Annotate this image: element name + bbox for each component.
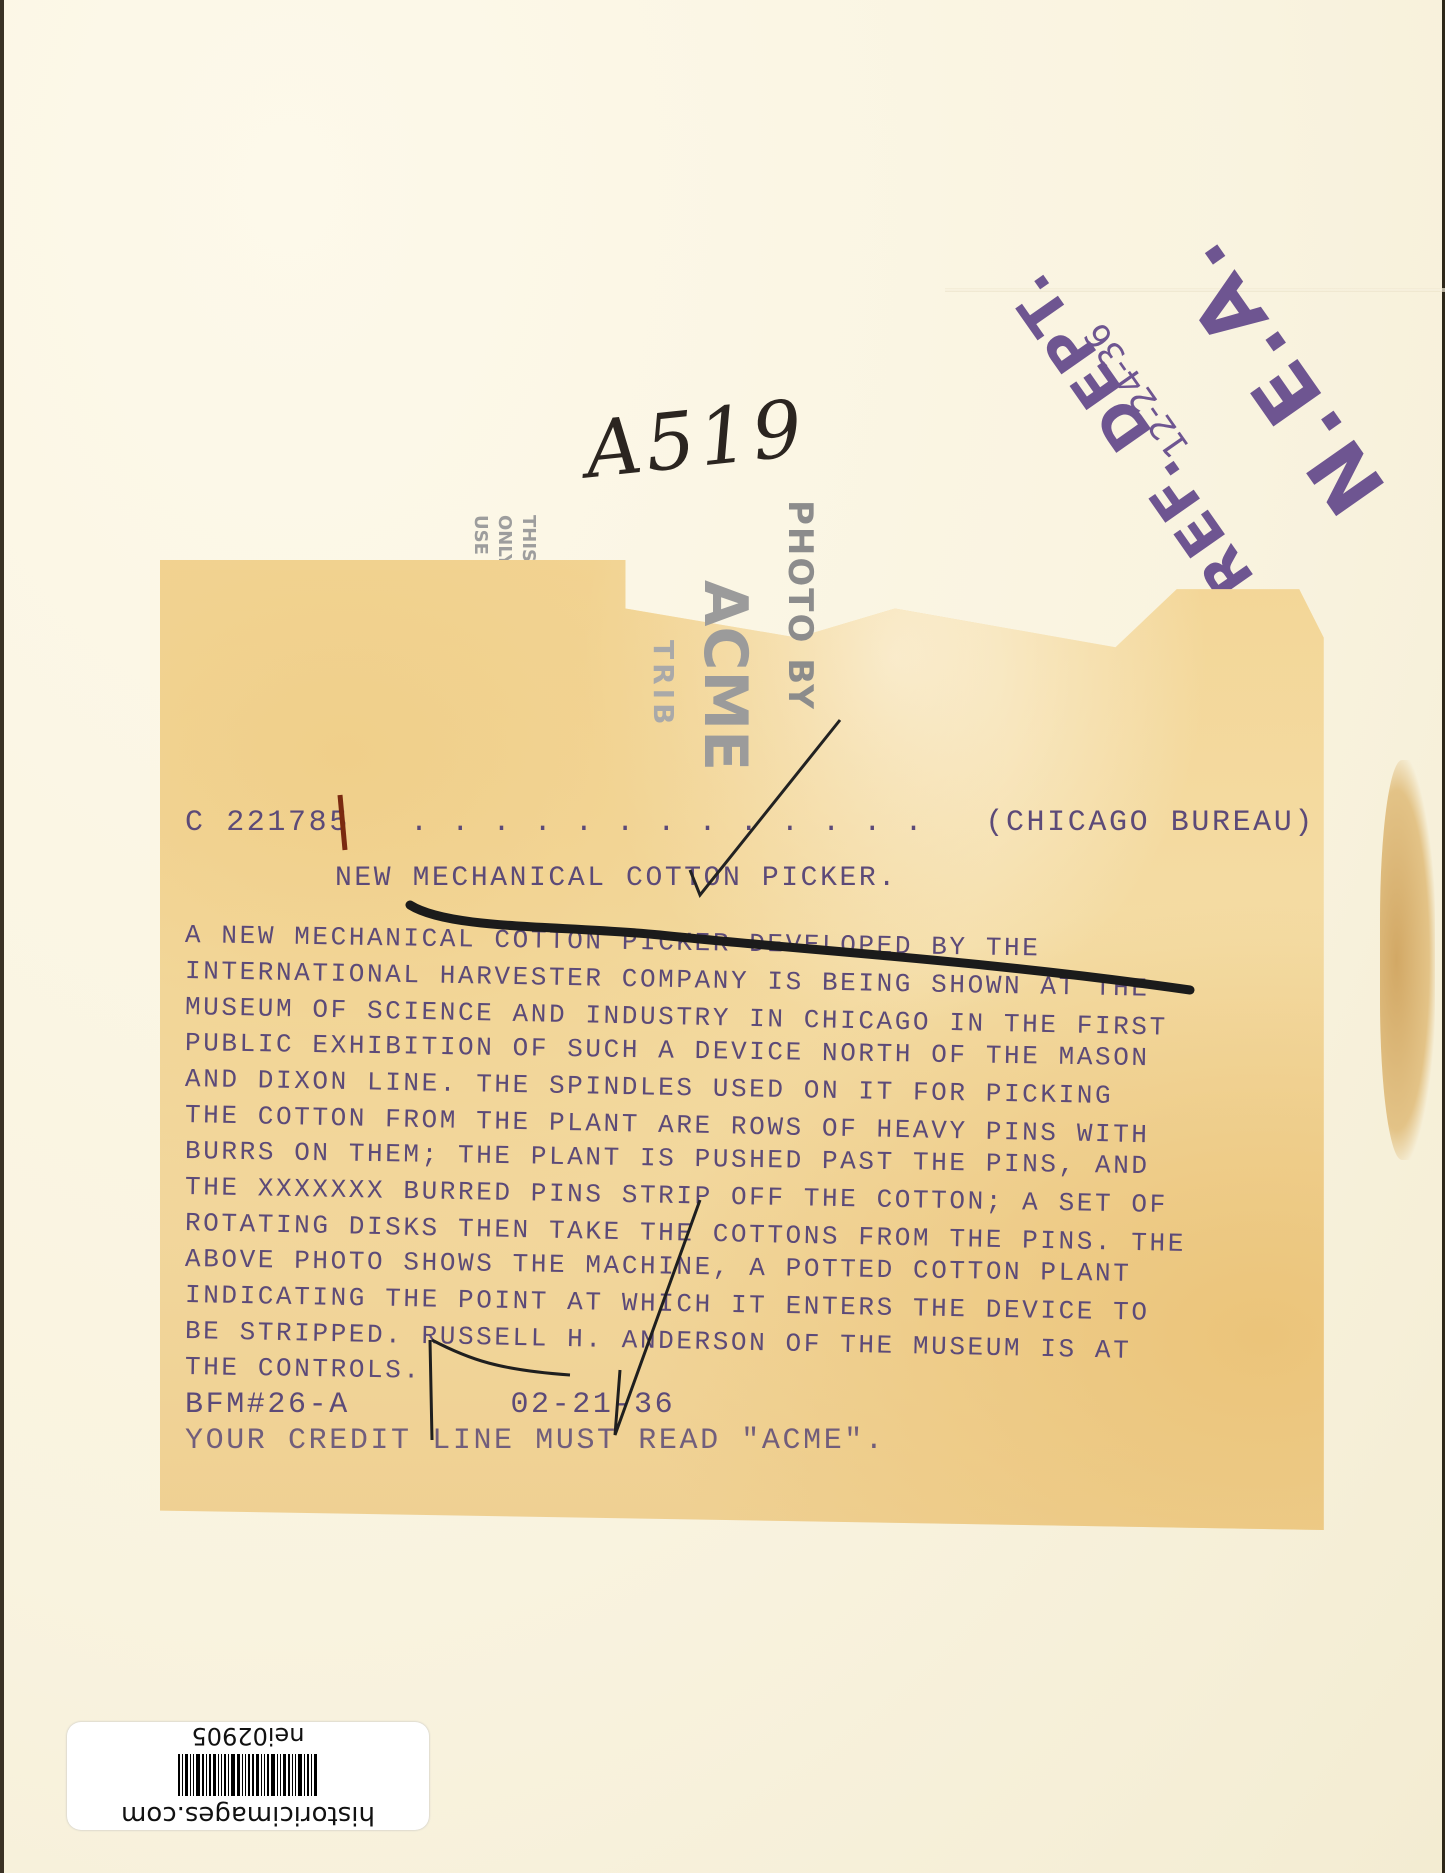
caption-bureau: (CHICAGO BUREAU) xyxy=(985,805,1315,841)
barcode-bar xyxy=(262,1754,263,1796)
usage-stamp-line: ONLY xyxy=(492,515,516,567)
barcode-bar xyxy=(284,1754,287,1796)
barcode-bar xyxy=(293,1754,294,1796)
barcode-bar xyxy=(186,1754,189,1796)
usage-stamp: THIS ONLY USE xyxy=(468,515,540,567)
barcode-bar xyxy=(272,1754,276,1796)
barcode-bar xyxy=(257,1754,260,1796)
barcode-bar xyxy=(281,1754,282,1796)
barcode-bar xyxy=(315,1754,318,1796)
barcode-bar xyxy=(225,1754,227,1796)
barcode-bar xyxy=(249,1754,251,1796)
scan-edge-left xyxy=(0,0,4,1873)
caption-dots: . . . . . . . . . . . . . xyxy=(410,805,925,841)
barcode-bar xyxy=(246,1754,247,1796)
barcode-bar xyxy=(238,1754,241,1796)
caption-reference-number: C 221785 xyxy=(185,805,350,841)
acme-stamp-line2: ACME xyxy=(690,580,760,771)
barcode-bar xyxy=(232,1754,236,1796)
barcode-bar xyxy=(265,1754,266,1796)
caption-headline: NEW MECHANICAL COTTON PICKER. xyxy=(335,861,1315,897)
barcode-bar xyxy=(210,1754,212,1796)
barcode-bar xyxy=(229,1754,230,1796)
barcode xyxy=(179,1754,318,1796)
acme-stamp-line1: PHOTO BY xyxy=(780,500,820,711)
barcode-bar xyxy=(243,1754,244,1796)
caption-code: BFM#26-A xyxy=(185,1388,350,1422)
acme-stamp-line3: TRIB xyxy=(647,640,680,728)
barcode-bar xyxy=(222,1754,223,1796)
barcode-bar xyxy=(299,1754,303,1796)
nea-ref-dept-stamp: N.E.A. 12-24-36 REF. DEPT. xyxy=(1000,180,1400,600)
barcode-bar xyxy=(312,1754,313,1796)
barcode-bar xyxy=(296,1754,297,1796)
barcode-bar xyxy=(197,1754,201,1796)
caption-reference-line: C 221785 . . . . . . . . . . . . . (CHIC… xyxy=(185,805,1315,841)
caption-body: A NEW MECHANICAL COTTON PICKER DEVELOPED… xyxy=(185,917,1315,1385)
barcode-bar xyxy=(194,1754,195,1796)
barcode-bar xyxy=(203,1754,205,1796)
typed-caption: C 221785 . . . . . . . . . . . . . (CHIC… xyxy=(185,805,1315,1459)
barcode-bar xyxy=(207,1754,208,1796)
barcode-bar xyxy=(219,1754,220,1796)
barcode-bar xyxy=(278,1754,279,1796)
barcode-bar xyxy=(214,1754,217,1796)
barcode-bar xyxy=(308,1754,310,1796)
usage-stamp-line: USE xyxy=(468,515,492,567)
archive-barcode-label: historicimages.com nei02905 xyxy=(67,1722,429,1830)
barcode-bar xyxy=(289,1754,291,1796)
caption-date: 02-21-36 xyxy=(510,1388,675,1422)
barcode-bar xyxy=(268,1754,270,1796)
barcode-bar xyxy=(305,1754,306,1796)
caption-credit-line: YOUR CREDIT LINE MUST READ "ACME". xyxy=(185,1423,1315,1459)
barcode-bar xyxy=(179,1754,181,1796)
barcode-bar xyxy=(191,1754,192,1796)
barcode-bar xyxy=(253,1754,255,1796)
label-site: historicimages.com xyxy=(121,1800,375,1830)
label-id: nei02905 xyxy=(192,1722,305,1750)
usage-stamp-line: THIS xyxy=(516,515,540,567)
clipping-glue-stain xyxy=(1380,760,1435,1160)
barcode-bar xyxy=(183,1754,184,1796)
